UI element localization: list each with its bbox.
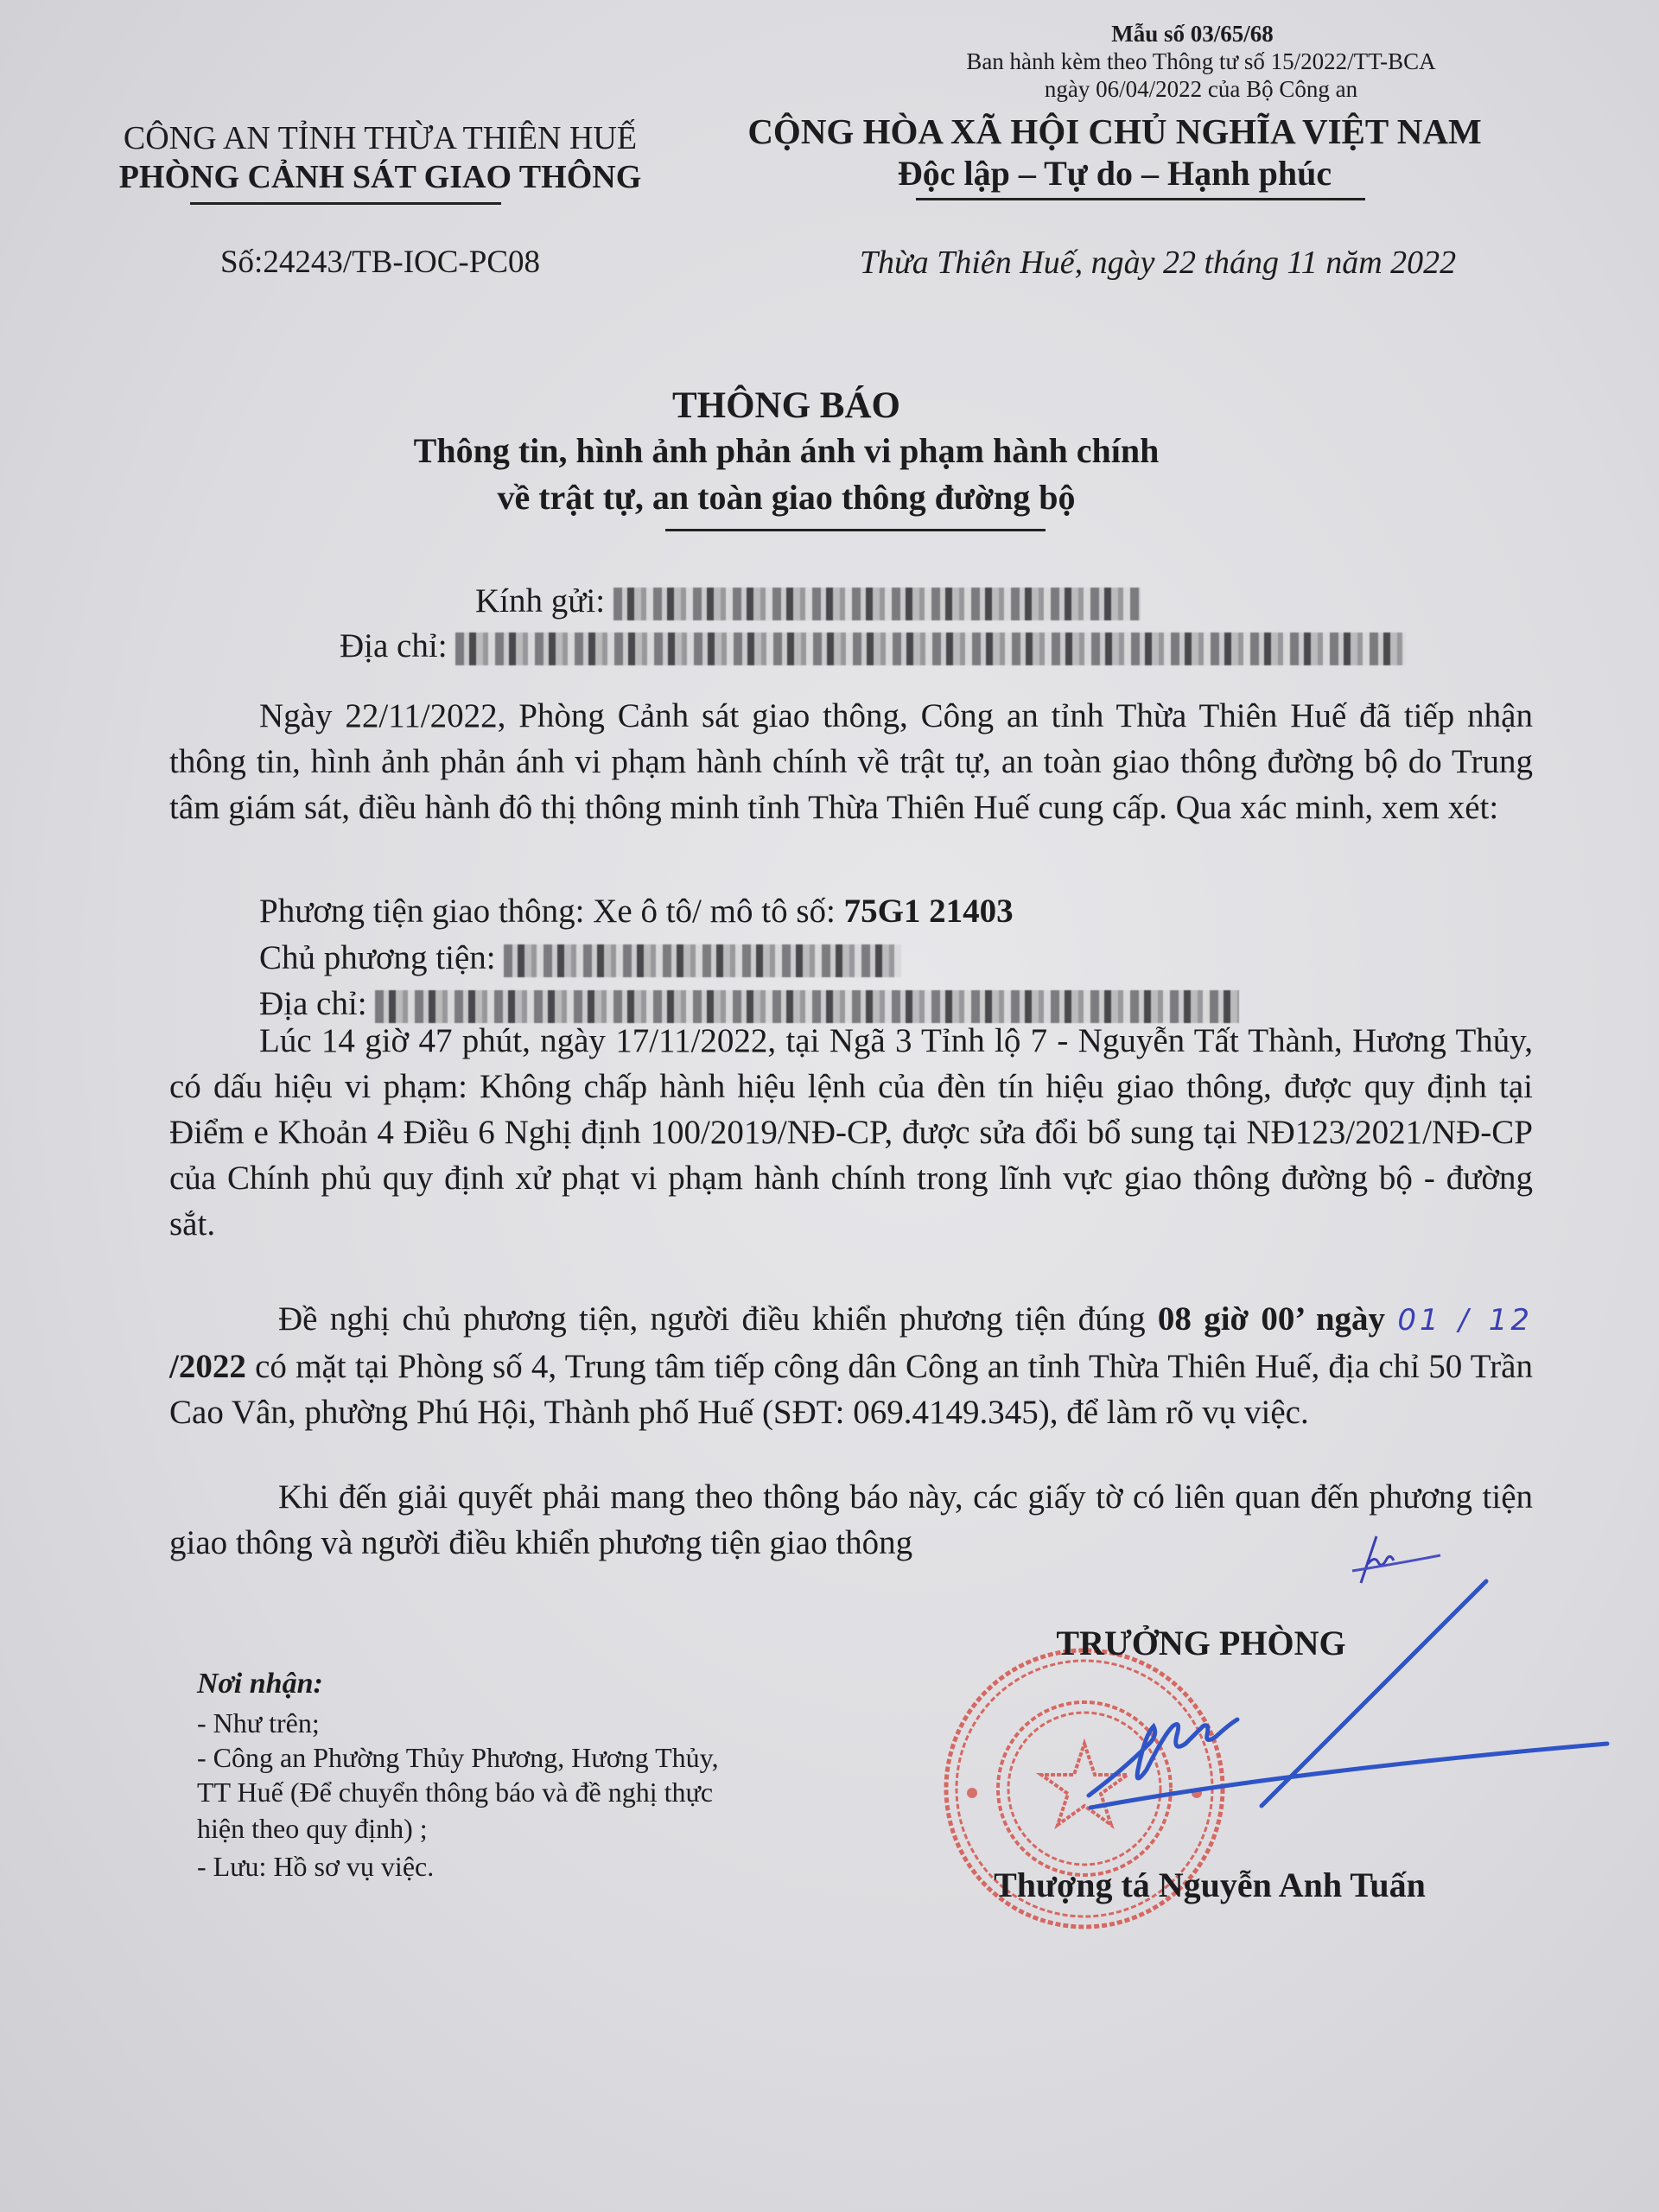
closing-paragraph: Khi đến giải quyết phải mang theo thông … — [169, 1474, 1533, 1566]
appointment-day-label: ngày — [1304, 1300, 1398, 1338]
agency-name: CÔNG AN TỈNH THỪA THIÊN HUẾ — [69, 119, 691, 157]
form-issued-date: ngày 06/04/2022 của Bộ Công an — [899, 76, 1503, 103]
place-date: Thừa Thiên Huế, ngày 22 tháng 11 năm 202… — [743, 244, 1573, 282]
plate-number: 75G1 21403 — [844, 893, 1014, 930]
recipients-item: - Công an Phường Thủy Phương, Hương Thủy… — [197, 1742, 719, 1774]
recipients-item: - Như trên; — [197, 1707, 320, 1739]
vehicle-label: Phương tiện giao thông: Xe ô tô/ mô tô s… — [259, 893, 836, 930]
owner-label: Chủ phương tiện: — [259, 939, 496, 976]
appointment-day-handwritten: 01 / 12 — [1397, 1303, 1533, 1338]
document-number: Số:24243/TB-IOC-PC08 — [69, 244, 691, 281]
intro-paragraph: Ngày 22/11/2022, Phòng Cảnh sát giao thô… — [169, 693, 1533, 830]
owner-address-label: Địa chỉ: — [259, 985, 367, 1022]
vehicle-line: Phương tiện giao thông: Xe ô tô/ mô tô s… — [259, 892, 1014, 931]
request-suffix: có mặt tại Phòng số 4, Trung tâm tiếp cô… — [169, 1348, 1533, 1431]
document-subtitle-1: Thông tin, hình ảnh phản ánh vi phạm hàn… — [259, 430, 1313, 471]
recipient-label: Kính gửi: — [475, 582, 605, 620]
appointment-year: /2022 — [169, 1348, 246, 1385]
national-motto: Độc lập – Tự do – Hạnh phúc — [717, 153, 1512, 194]
title-underline — [665, 529, 1046, 531]
recipients-item: - Lưu: Hồ sơ vụ việc. — [197, 1851, 434, 1883]
recipients-title: Nơi nhận: — [197, 1668, 323, 1700]
nation-name: CỘNG HÒA XÃ HỘI CHỦ NGHĨA VIỆT NAM — [717, 111, 1512, 152]
recipients-item-cont: hiện theo quy định) ; — [197, 1813, 428, 1845]
document-page: Mẫu số 03/65/68 Ban hành kèm theo Thông … — [0, 0, 1659, 2212]
form-number: Mẫu số 03/65/68 — [1063, 21, 1322, 48]
request-paragraph: Đề nghị chủ phương tiện, người điều khiể… — [169, 1296, 1533, 1435]
department-underline — [190, 202, 501, 205]
appointment-time: 08 giờ 00’ — [1158, 1300, 1304, 1338]
motto-underline — [916, 198, 1365, 200]
owner-name-redacted — [504, 944, 901, 977]
request-prefix: Đề nghị chủ phương tiện, người điều khiể… — [278, 1300, 1158, 1338]
signature-icon — [1071, 1573, 1624, 1849]
owner-line: Chủ phương tiện: — [259, 938, 901, 977]
department-name: PHÒNG CẢNH SÁT GIAO THÔNG — [69, 158, 691, 196]
recipients-item-cont: TT Huế (Để chuyển thông báo và đề nghị t… — [197, 1777, 713, 1808]
violation-paragraph: Lúc 14 giờ 47 phút, ngày 17/11/2022, tại… — [169, 1018, 1533, 1247]
recipient-address-label: Địa chỉ: — [340, 627, 448, 664]
recipient-address-redacted — [455, 632, 1406, 665]
form-issued-by: Ban hành kèm theo Thông tư số 15/2022/TT… — [899, 48, 1503, 75]
recipient-name-redacted — [613, 588, 1141, 620]
recipient-address-line: Địa chỉ: — [340, 626, 1406, 665]
document-title: THÔNG BÁO — [432, 385, 1141, 427]
signer-name: Thượng tá Nguyễn Anh Tuấn — [942, 1865, 1478, 1905]
document-subtitle-2: về trật tự, an toàn giao thông đường bộ — [259, 477, 1313, 518]
recipient-line: Kính gửi: — [475, 582, 1141, 620]
